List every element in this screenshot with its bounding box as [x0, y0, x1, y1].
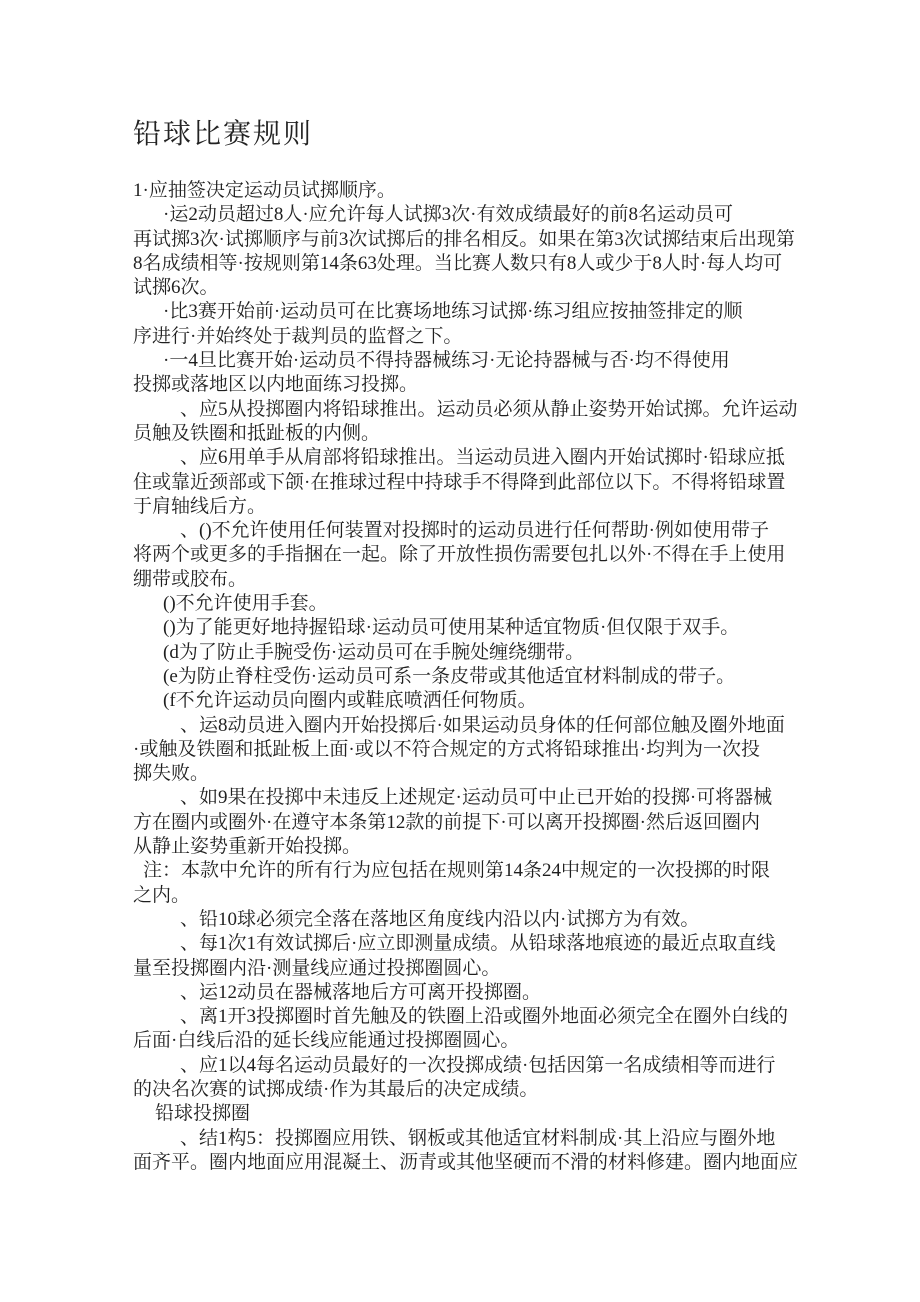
- text-line: 再试掷3次·试掷顺序与前3次试掷后的排名相反。如果在第3次试掷结束后出现第: [133, 228, 853, 252]
- text-line: 后面·白线后沿的延长线应能通过投掷圈圆心。: [133, 1029, 853, 1053]
- text-line: 、应5从投掷圈内将铅球推出。运动员必须从静止姿势开始试掷。允许运动: [133, 398, 853, 422]
- text-line: 掷失败。: [133, 762, 853, 786]
- text-line: 量至投掷圈内沿·测量线应通过投掷圈圆心。: [133, 957, 853, 981]
- text-line: 1·应抽签决定运动员试掷顺序。: [133, 179, 853, 203]
- text-line: ·运2动员超过8人·应允许每人试掷3次·有效成绩最好的前8名运动员可: [133, 203, 853, 227]
- document-title: 铅球比赛规则: [133, 112, 313, 152]
- text-line: 、离1开3投掷圈时首先触及的铁圈上沿或圈外地面必须完全在圈外白线的: [133, 1005, 853, 1029]
- text-line: 投掷或落地区以内地面练习投掷。: [133, 373, 853, 397]
- text-line: 、运12动员在器械落地后方可离开投掷圈。: [133, 981, 853, 1005]
- text-line: 、运8动员进入圈内开始投掷后·如果运动员身体的任何部位触及圈外地面: [133, 714, 853, 738]
- text-line: 、()不允许使用任何装置对投掷时的运动员进行任何帮助·例如使用带子: [133, 519, 853, 543]
- text-line: 住或靠近颈部或下颌·在推球过程中持球手不得降到此部位以下。不得将铅球置: [133, 471, 853, 495]
- text-line: 将两个或更多的手指捆在一起。除了开放性损伤需要包扎以外·不得在手上使用: [133, 543, 853, 567]
- text-line: 面齐平。圈内地面应用混凝土、沥青或其他坚硬而不滑的材料修建。圈内地面应: [133, 1151, 853, 1175]
- text-line: 铅球投掷圈: [133, 1102, 853, 1126]
- text-line: ·一4旦比赛开始·运动员不得持器械练习·无论持器械与否·均不得使用: [133, 349, 853, 373]
- text-line: 、应1以4每名运动员最好的一次投掷成绩·包括因第一名成绩相等而进行: [133, 1054, 853, 1078]
- text-line: 、铅10球必须完全落在落地区角度线内沿以内·试掷方为有效。: [133, 908, 853, 932]
- text-line: ()为了能更好地持握铅球·运动员可使用某种适宜物质·但仅限于双手。: [133, 616, 853, 640]
- document-page: 铅球比赛规则 1·应抽签决定运动员试掷顺序。·运2动员超过8人·应允许每人试掷3…: [0, 0, 920, 1302]
- text-line: ·比3赛开始前·运动员可在比赛场地练习试掷·练习组应按抽签排定的顺: [133, 300, 853, 324]
- document-body: 1·应抽签决定运动员试掷顺序。·运2动员超过8人·应允许每人试掷3次·有效成绩最…: [133, 179, 853, 1175]
- text-line: (f不允许运动员向圈内或鞋底喷洒任何物质。: [133, 689, 853, 713]
- text-line: 试掷6次。: [133, 276, 853, 300]
- text-line: 员触及铁圈和抵趾板的内侧。: [133, 422, 853, 446]
- text-line: 的决名次赛的试掷成绩·作为其最后的决定成绩。: [133, 1078, 853, 1102]
- text-line: (e为防止脊柱受伤·运动员可系一条皮带或其他适宜材料制成的带子。: [133, 665, 853, 689]
- text-line: 、应6用单手从肩部将铅球推出。当运动员进入圈内开始试掷时·铅球应抵: [133, 446, 853, 470]
- text-line: 之内。: [133, 884, 853, 908]
- text-line: 绷带或胶布。: [133, 568, 853, 592]
- text-line: 、每1次1有效试掷后·应立即测量成绩。从铅球落地痕迹的最近点取直线: [133, 932, 853, 956]
- text-line: ()不允许使用手套。: [133, 592, 853, 616]
- text-line: 、结1构5：投掷圈应用铁、钢板或其他适宜材料制成·其上沿应与圈外地: [133, 1127, 853, 1151]
- text-line: 注：本款中允许的所有行为应包括在规则第14条24中规定的一次投掷的时限: [133, 859, 853, 883]
- text-line: 方在圈内或圈外·在遵守本条第12款的前提下·可以离开投掷圈·然后返回圈内: [133, 811, 853, 835]
- text-line: ·或触及铁圈和抵趾板上面·或以不符合规定的方式将铅球推出·均判为一次投: [133, 738, 853, 762]
- text-line: 、如9果在投掷中未违反上述规定·运动员可中止已开始的投掷·可将器械: [133, 786, 853, 810]
- text-line: (d为了防止手腕受伤·运动员可在手腕处缠绕绷带。: [133, 641, 853, 665]
- text-line: 8名成绩相等·按规则第14条63处理。当比赛人数只有8人或少于8人时·每人均可: [133, 252, 853, 276]
- text-line: 序进行·并始终处于裁判员的监督之下。: [133, 325, 853, 349]
- text-line: 于肩轴线后方。: [133, 495, 853, 519]
- text-line: 从静止姿势重新开始投掷。: [133, 835, 853, 859]
